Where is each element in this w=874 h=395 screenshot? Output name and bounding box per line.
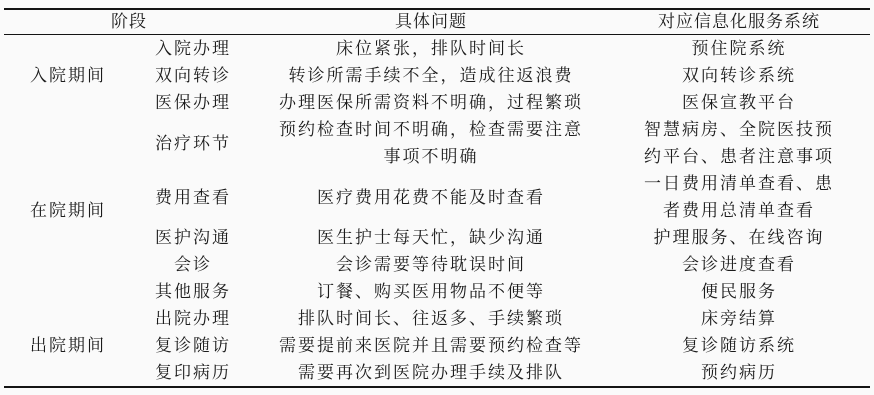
table-row: 双向转诊 转诊所需手续不全，造成往返浪费 双向转诊系统 bbox=[4, 62, 870, 89]
table-row: 复印病历 需要再次到医院办理手续及排队 预约病历 bbox=[4, 359, 870, 387]
substage-cell: 出院办理 bbox=[132, 305, 254, 332]
system-cell: 预住院系统 bbox=[608, 35, 870, 63]
col-header-problems: 具体问题 bbox=[254, 9, 608, 35]
problem-cell: 医疗费用花费不能及时查看 bbox=[254, 170, 608, 224]
table-row: 复诊随访 需要提前来医院并且需要预约检查等 复诊随访系统 bbox=[4, 332, 870, 359]
stage-group-cell: 在院期间 bbox=[4, 116, 132, 305]
stage-group-cell: 出院期间 bbox=[4, 305, 132, 387]
header-row: 阶段 具体问题 对应信息化服务系统 bbox=[4, 9, 870, 35]
substage-cell: 医护沟通 bbox=[132, 224, 254, 251]
col-header-systems: 对应信息化服务系统 bbox=[608, 9, 870, 35]
problem-cell: 医生护士每天忙，缺少沟通 bbox=[254, 224, 608, 251]
problem-cell: 床位紧张，排队时间长 bbox=[254, 35, 608, 63]
table-row: 会诊 会诊需要等待耽误时间 会诊进度查看 bbox=[4, 251, 870, 278]
table-row: 费用查看 医疗费用花费不能及时查看 一日费用清单查看、患 者费用总清单查看 bbox=[4, 170, 870, 224]
col-header-stage: 阶段 bbox=[4, 9, 254, 35]
stage-group-cell: 入院期间 bbox=[4, 35, 132, 117]
substage-cell: 双向转诊 bbox=[132, 62, 254, 89]
substage-cell: 医保办理 bbox=[132, 89, 254, 116]
problem-cell: 办理医保所需资料不明确，过程繁琐 bbox=[254, 89, 608, 116]
substage-cell: 治疗环节 bbox=[132, 116, 254, 170]
problem-cell: 转诊所需手续不全，造成往返浪费 bbox=[254, 62, 608, 89]
system-cell: 智慧病房、全院医技预 约平台、患者注意事项 bbox=[608, 116, 870, 170]
substage-cell: 费用查看 bbox=[132, 170, 254, 224]
system-cell: 会诊进度查看 bbox=[608, 251, 870, 278]
system-cell: 复诊随访系统 bbox=[608, 332, 870, 359]
substage-cell: 入院办理 bbox=[132, 35, 254, 63]
table-row: 出院期间 出院办理 排队时间长、往返多、手续繁琐 床旁结算 bbox=[4, 305, 870, 332]
table-row: 医保办理 办理医保所需资料不明确，过程繁琐 医保宣教平台 bbox=[4, 89, 870, 116]
substage-cell: 会诊 bbox=[132, 251, 254, 278]
table-row: 在院期间 治疗环节 预约检查时间不明确，检查需要注意 事项不明确 智慧病房、全院… bbox=[4, 116, 870, 170]
substage-cell: 其他服务 bbox=[132, 278, 254, 305]
table-row: 医护沟通 医生护士每天忙，缺少沟通 护理服务、在线咨询 bbox=[4, 224, 870, 251]
substage-cell: 复诊随访 bbox=[132, 332, 254, 359]
problem-cell: 订餐、购买医用物品不便等 bbox=[254, 278, 608, 305]
table-row: 入院期间 入院办理 床位紧张，排队时间长 预住院系统 bbox=[4, 35, 870, 63]
system-cell: 医保宣教平台 bbox=[608, 89, 870, 116]
problem-cell: 会诊需要等待耽误时间 bbox=[254, 251, 608, 278]
substage-cell: 复印病历 bbox=[132, 359, 254, 387]
system-cell: 便民服务 bbox=[608, 278, 870, 305]
problem-cell: 需要提前来医院并且需要预约检查等 bbox=[254, 332, 608, 359]
table-row: 其他服务 订餐、购买医用物品不便等 便民服务 bbox=[4, 278, 870, 305]
system-cell: 双向转诊系统 bbox=[608, 62, 870, 89]
system-cell: 一日费用清单查看、患 者费用总清单查看 bbox=[608, 170, 870, 224]
system-cell: 预约病历 bbox=[608, 359, 870, 387]
problem-cell: 需要再次到医院办理手续及排队 bbox=[254, 359, 608, 387]
system-cell: 床旁结算 bbox=[608, 305, 870, 332]
problem-cell: 预约检查时间不明确，检查需要注意 事项不明确 bbox=[254, 116, 608, 170]
hospital-service-mapping-table: 阶段 具体问题 对应信息化服务系统 入院期间 入院办理 床位紧张，排队时间长 预… bbox=[4, 8, 870, 388]
system-cell: 护理服务、在线咨询 bbox=[608, 224, 870, 251]
problem-cell: 排队时间长、往返多、手续繁琐 bbox=[254, 305, 608, 332]
